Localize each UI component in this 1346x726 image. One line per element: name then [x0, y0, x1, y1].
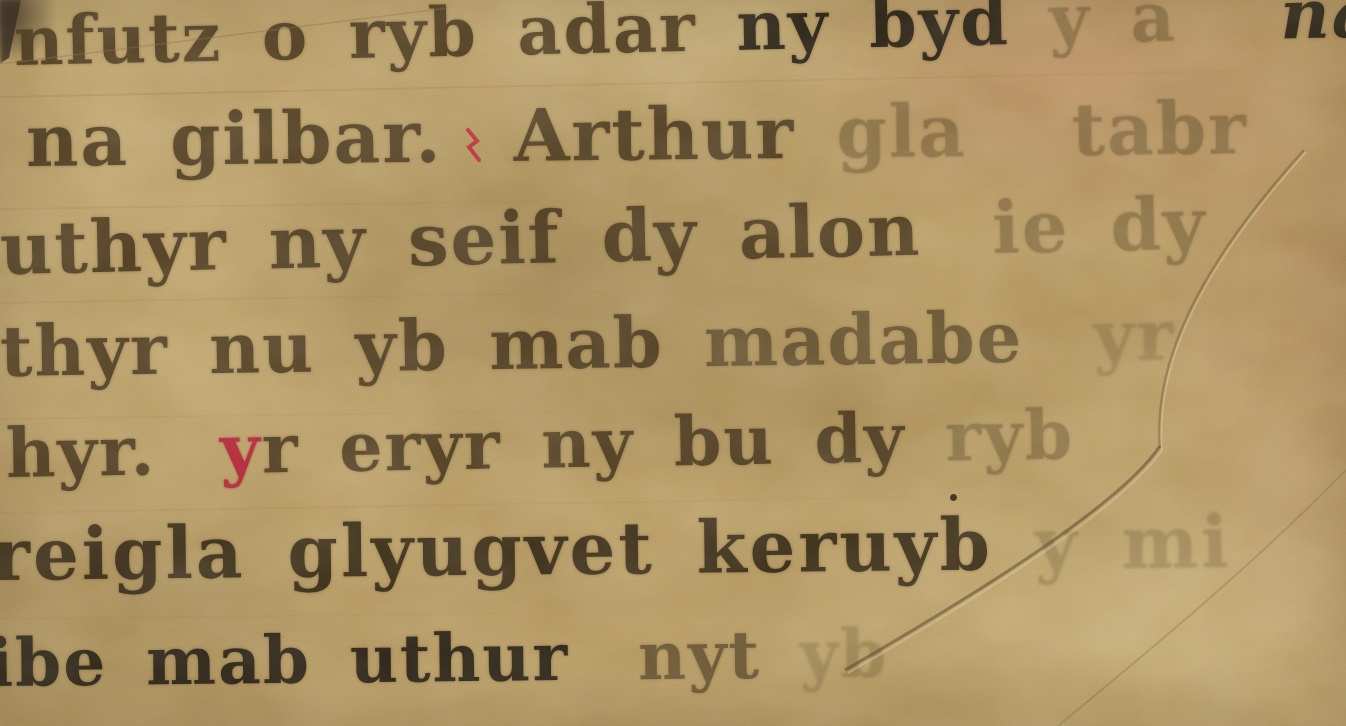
word-segment: na gilbar.	[26, 94, 443, 183]
word-segment: ie dy	[991, 181, 1207, 270]
word-segment: Arthur	[513, 90, 796, 178]
ink-speck	[950, 494, 957, 501]
word-segment: y mi	[1034, 499, 1231, 586]
word-segment: ibe mab uthur	[0, 618, 570, 702]
text-line: na gilbar. Arthur gla tabr	[26, 85, 1249, 183]
rubricated-letter: y	[219, 410, 262, 491]
word-segment: thyr nu yb mab	[0, 301, 664, 393]
word-segment: yr	[1093, 294, 1176, 378]
text-line: reigla glyugvet keruyb y mi	[0, 499, 1232, 597]
word-segment: ny byd	[736, 0, 1011, 67]
word-segment: na	[1279, 0, 1346, 55]
word-segment: reigla glyugvet keruyb	[0, 502, 993, 597]
word-segment: uthyr ny seif dy alon	[0, 187, 922, 291]
word-segment: tabr	[1071, 85, 1248, 172]
word-segment: r eryr ny bu dy	[261, 398, 906, 489]
text-line: uthyr ny seif dy alon ie dy	[0, 181, 1208, 291]
word-segment: gla	[836, 88, 967, 174]
word-segment: ryb	[945, 395, 1075, 477]
text-line: thyr nu yb mab madabe yr	[0, 294, 1176, 393]
text-line: hyr.yr eryr ny bu dy ryb	[5, 395, 1074, 494]
word-segment: yb	[799, 615, 888, 694]
word-segment: nyt	[638, 616, 762, 695]
word-segment: nfutz o ryb adar	[13, 0, 697, 82]
word-segment: madabe	[703, 296, 1023, 383]
word-segment: y a	[1048, 0, 1177, 60]
text-line: ibe mab uthur nyt yb	[0, 615, 889, 702]
manuscript-page: nfutz o ryb adar ny byd y a na na gilbar…	[0, 0, 1346, 726]
text-line: nfutz o ryb adar ny byd y a na	[13, 0, 1346, 82]
word-segment: hyr.	[5, 411, 157, 494]
